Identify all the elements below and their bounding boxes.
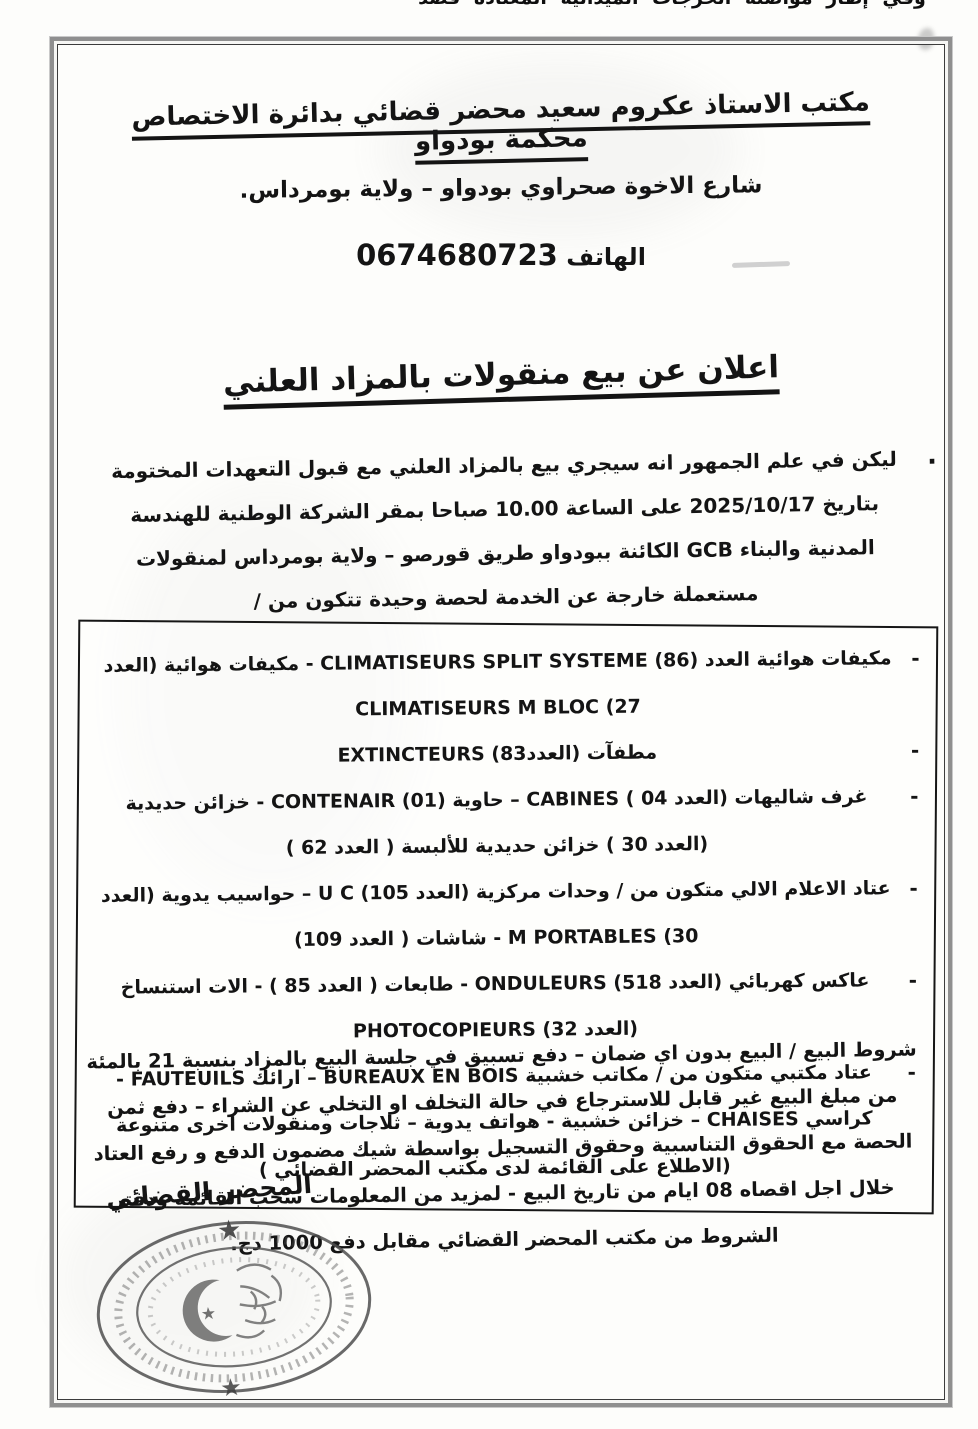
document-border-frame: مكتب الاستاذ عكروم سعيد محضر قضائي بدائر…	[57, 44, 945, 1400]
auction-notice-title: اعلان عن بيع منقولات بالمزاد العلني	[221, 349, 782, 401]
stamp-inner-text	[146, 1253, 322, 1361]
auction-item: - عتاد الاعلام الالي متكون من / وحدات مر…	[100, 865, 907, 965]
item-text: مطفآت (العدد83) EXTINCTEURS	[337, 742, 657, 767]
auction-item: - مطفآت (العدد83) EXTINCTEURS	[101, 727, 907, 781]
star-icon: ★	[200, 1304, 217, 1325]
item-text: غرف شاليهات (العدد 04 ) CABINES – حاوية …	[125, 785, 867, 859]
auction-item: - غرف شاليهات (العدد 04 ) CABINES – حاوي…	[100, 773, 907, 873]
official-round-stamp: ★ ★ ★	[84, 1213, 384, 1401]
item-dash: -	[909, 957, 918, 1003]
item-text: عتاد الاعلام الالي متكون من / وحدات مركز…	[101, 877, 891, 951]
stamp-emblem-scribbles	[230, 1262, 284, 1338]
item-dash: -	[911, 635, 920, 681]
office-address: شارع الاخوة صحراوي بودواو – ولاية بومردا…	[151, 171, 851, 204]
top-marginalia-clipped-line: وفي إطار مواصلة الخرجات الميدانية المعتا…	[372, 0, 972, 9]
intro-text: ليكن في علم الجمهور انه سيجري بيع بالمزا…	[111, 447, 897, 613]
item-dash: -	[909, 865, 918, 911]
item-text: مكيفات هوائية العدد (86) CLIMATISEURS SP…	[103, 647, 891, 720]
paragraph-bullet: ·	[927, 440, 938, 484]
star-icon: ★	[219, 1373, 243, 1401]
auction-item: - مكيفات هوائية العدد (86) CLIMATISEURS …	[101, 635, 908, 735]
item-dash: -	[910, 773, 919, 819]
bailiff-office-header: مكتب الاستاذ عكروم سعيد محضر قضائي بدائر…	[120, 87, 881, 163]
star-icon: ★	[216, 1214, 243, 1247]
intro-paragraph: · ليكن في علم الجمهور انه سيجري بيع بالم…	[93, 437, 918, 626]
item-dash: -	[911, 727, 920, 773]
scanned-auction-notice-page: { "document": { "marginalia_top": "وفي إ…	[0, 0, 978, 1429]
phone-line: الهاتف 0674680723	[251, 238, 751, 272]
phone-label: الهاتف	[566, 243, 646, 271]
phone-number: 0674680723	[356, 238, 558, 272]
